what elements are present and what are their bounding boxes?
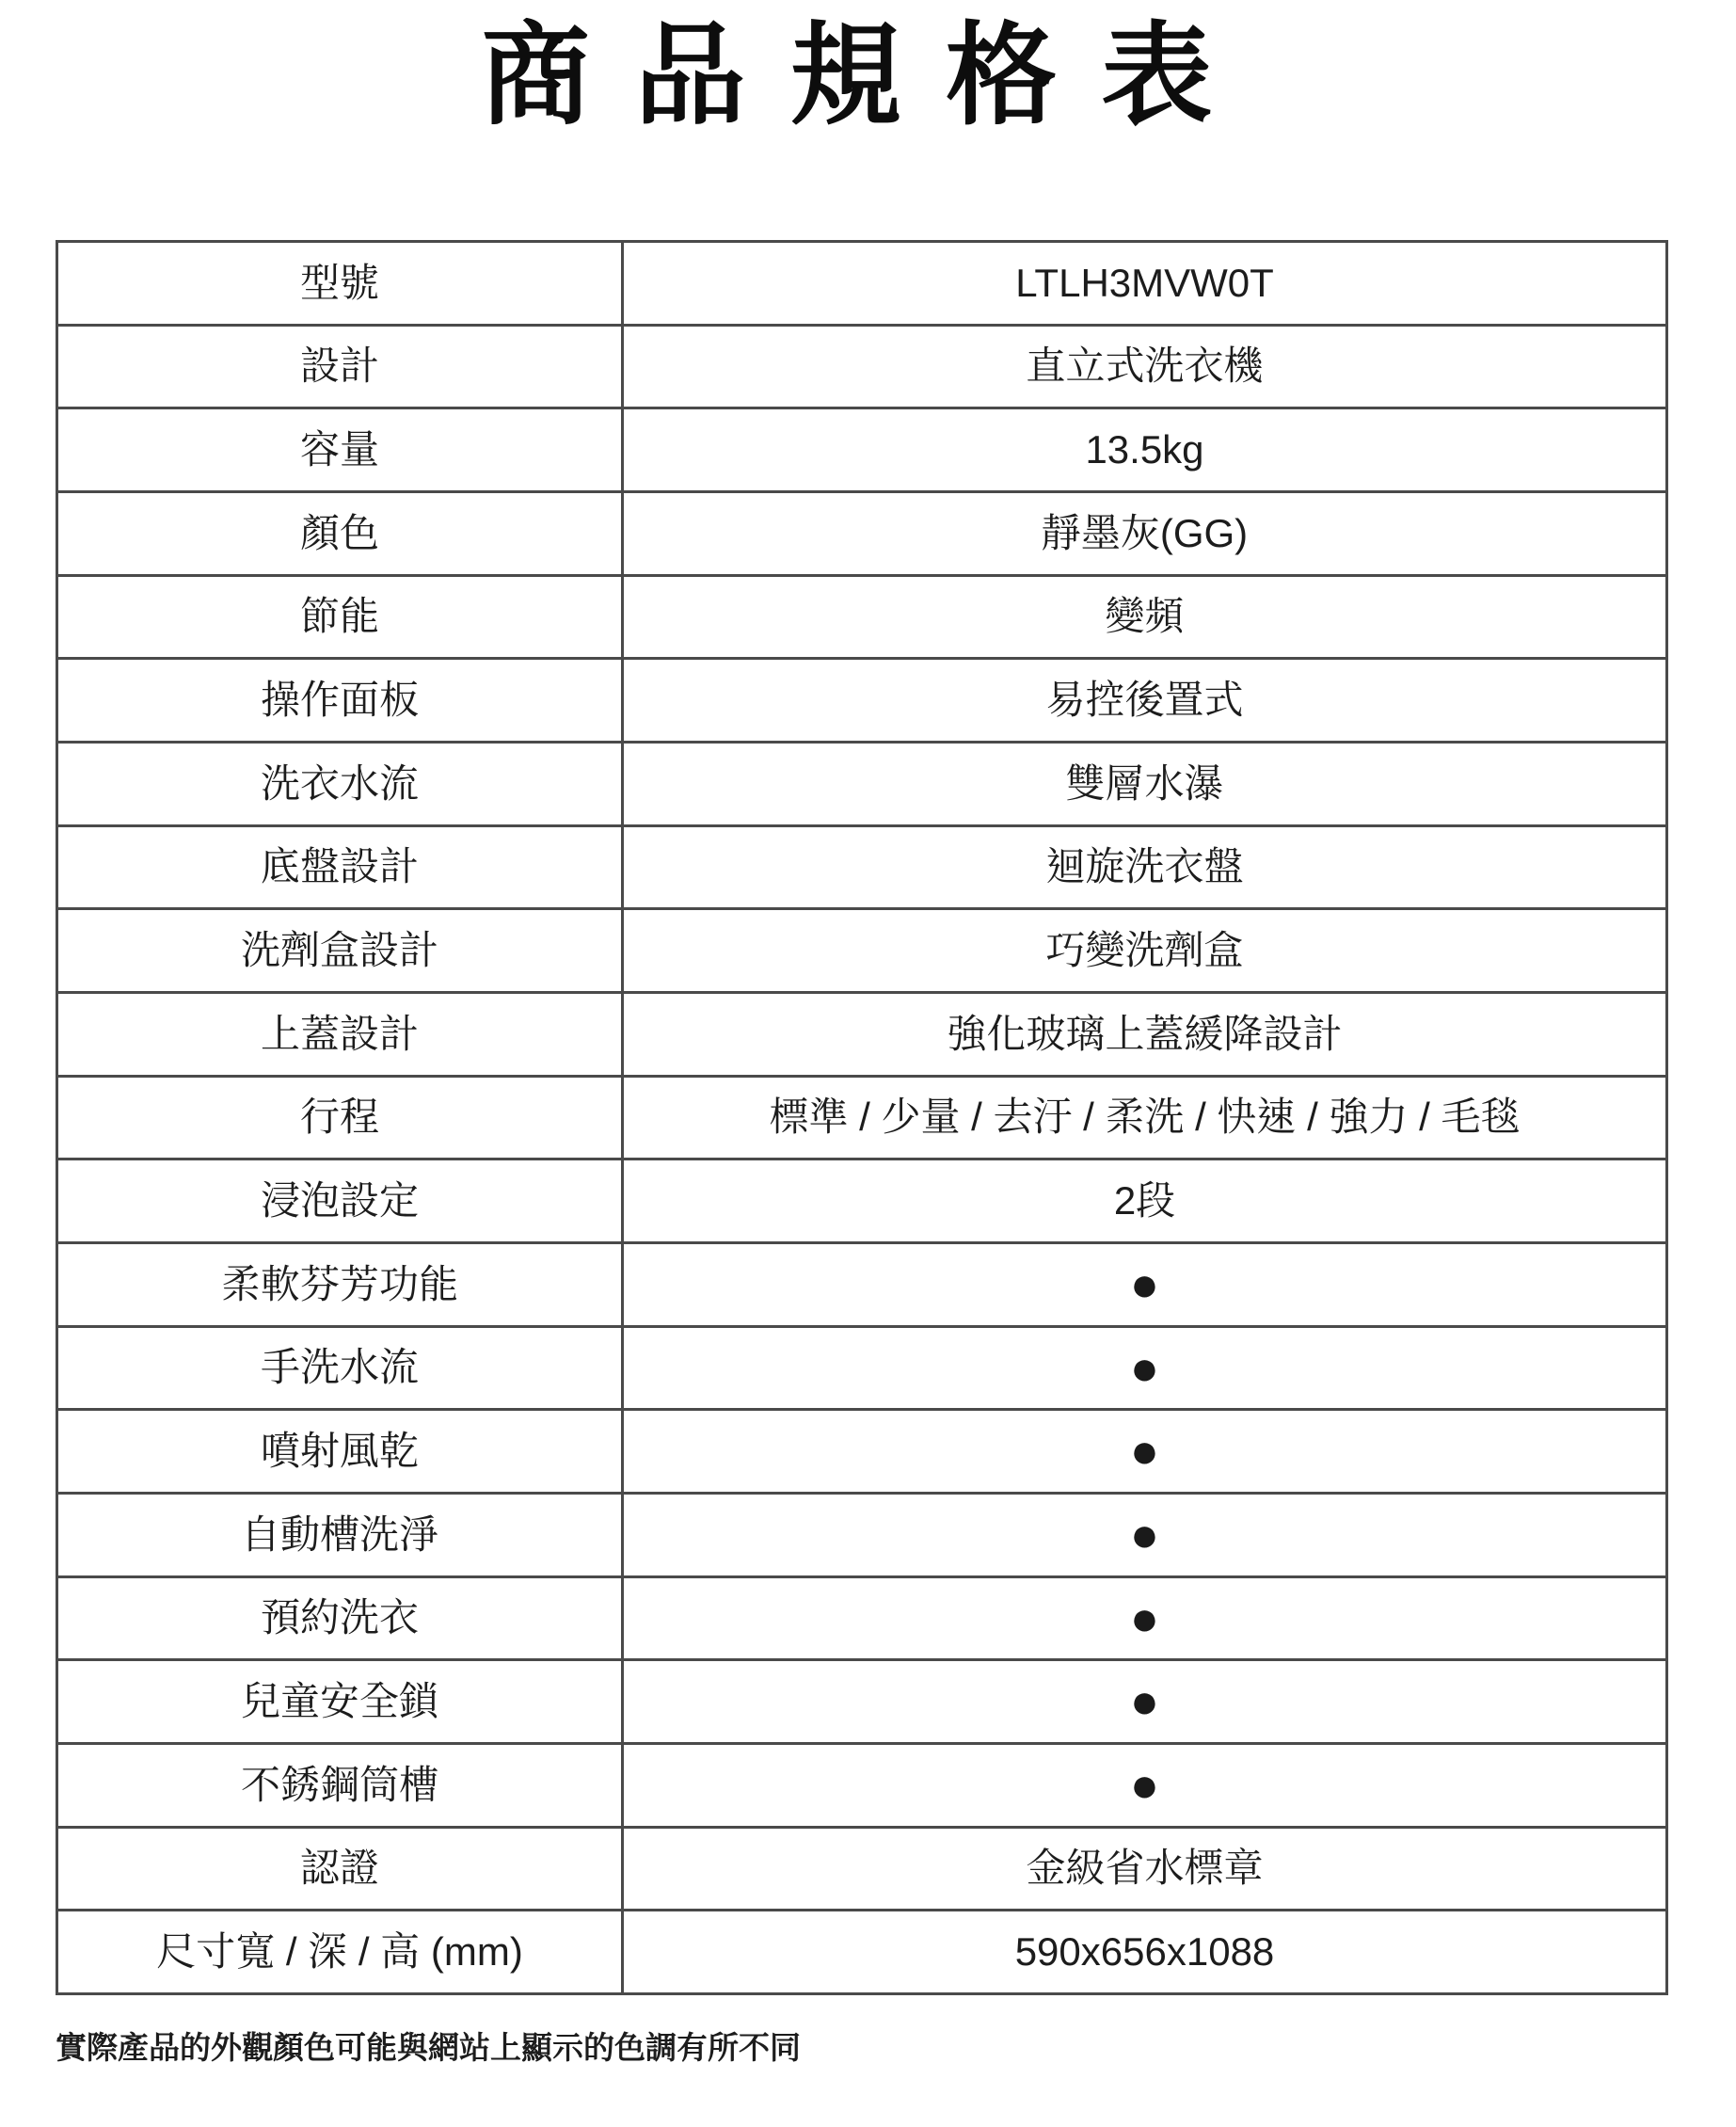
spec-value-cell: 變頻 — [624, 577, 1665, 658]
spec-value-cell: ● — [624, 1495, 1665, 1575]
feature-dot-icon: ● — [1130, 1761, 1159, 1810]
spec-value-cell: 2段 — [624, 1160, 1665, 1241]
spec-value-cell: LTLH3MVW0T — [624, 243, 1665, 324]
spec-label-cell: 洗衣水流 — [58, 744, 624, 824]
spec-value-cell: ● — [624, 1328, 1665, 1409]
spec-label-cell: 洗劑盒設計 — [58, 910, 624, 991]
table-row: 自動槽洗淨● — [58, 1492, 1665, 1575]
table-row: 上蓋設計強化玻璃上蓋緩降設計 — [58, 991, 1665, 1075]
spec-value-cell: 直立式洗衣機 — [624, 327, 1665, 408]
spec-label-cell: 上蓋設計 — [58, 994, 624, 1075]
spec-label-cell: 尺寸寬 / 深 / 高 (mm) — [58, 1911, 624, 1992]
spec-value-cell: ● — [624, 1411, 1665, 1492]
table-row: 認證金級省水標章 — [58, 1826, 1665, 1910]
table-row: 行程標準 / 少量 / 去汙 / 柔洗 / 快速 / 強力 / 毛毯 — [58, 1075, 1665, 1159]
spec-label-cell: 自動槽洗淨 — [58, 1495, 624, 1575]
spec-value-cell: 590x656x1088 — [624, 1911, 1665, 1992]
feature-dot-icon: ● — [1130, 1427, 1159, 1476]
spec-label-cell: 型號 — [58, 243, 624, 324]
feature-dot-icon: ● — [1130, 1344, 1159, 1393]
spec-label-cell: 行程 — [58, 1078, 624, 1159]
table-row: 洗劑盒設計巧變洗劑盒 — [58, 907, 1665, 991]
spec-value-cell: 金級省水標章 — [624, 1829, 1665, 1910]
spec-value-cell: 雙層水瀑 — [624, 744, 1665, 824]
spec-value-cell: 13.5kg — [624, 409, 1665, 490]
spec-value-cell: ● — [624, 1745, 1665, 1826]
spec-value-cell: 迴旋洗衣盤 — [624, 827, 1665, 908]
spec-label-cell: 顏色 — [58, 493, 624, 574]
spec-value-cell: 巧變洗劑盒 — [624, 910, 1665, 991]
table-row: 洗衣水流雙層水瀑 — [58, 741, 1665, 824]
spec-label-cell: 設計 — [58, 327, 624, 408]
spec-label-cell: 浸泡設定 — [58, 1160, 624, 1241]
spec-label-cell: 節能 — [58, 577, 624, 658]
table-row: 設計直立式洗衣機 — [58, 324, 1665, 408]
table-row: 手洗水流● — [58, 1325, 1665, 1409]
table-row: 顏色靜墨灰(GG) — [58, 490, 1665, 574]
spec-value-cell: 強化玻璃上蓋緩降設計 — [624, 994, 1665, 1075]
feature-dot-icon: ● — [1130, 1260, 1159, 1309]
spec-value-cell: ● — [624, 1661, 1665, 1742]
footer-disclaimer: 實際產品的外觀顏色可能與網站上顯示的色調有所不同 — [56, 2023, 801, 2068]
spec-value-cell: ● — [624, 1578, 1665, 1659]
table-row: 節能變頻 — [58, 574, 1665, 658]
table-row: 柔軟芬芳功能● — [58, 1241, 1665, 1325]
page-title: 商品規格表 — [0, 13, 1736, 141]
spec-label-cell: 預約洗衣 — [58, 1578, 624, 1659]
spec-table: 型號LTLH3MVW0T設計直立式洗衣機容量13.5kg顏色靜墨灰(GG)節能變… — [56, 240, 1668, 1995]
table-row: 容量13.5kg — [58, 407, 1665, 490]
spec-label-cell: 容量 — [58, 409, 624, 490]
spec-label-cell: 不銹鋼筒槽 — [58, 1745, 624, 1826]
spec-sheet-page: 商品規格表 型號LTLH3MVW0T設計直立式洗衣機容量13.5kg顏色靜墨灰(… — [0, 0, 1736, 2127]
spec-label-cell: 認證 — [58, 1829, 624, 1910]
table-row: 尺寸寬 / 深 / 高 (mm)590x656x1088 — [58, 1909, 1665, 1992]
table-row: 兒童安全鎖● — [58, 1658, 1665, 1742]
table-row: 噴射風乾● — [58, 1408, 1665, 1492]
spec-label-cell: 柔軟芬芳功能 — [58, 1244, 624, 1325]
spec-label-cell: 兒童安全鎖 — [58, 1661, 624, 1742]
spec-value-cell: 靜墨灰(GG) — [624, 493, 1665, 574]
table-row: 操作面板易控後置式 — [58, 657, 1665, 741]
feature-dot-icon: ● — [1130, 1511, 1159, 1559]
spec-value-cell: 易控後置式 — [624, 660, 1665, 741]
table-row: 不銹鋼筒槽● — [58, 1742, 1665, 1826]
table-row: 預約洗衣● — [58, 1575, 1665, 1659]
spec-value-cell: 標準 / 少量 / 去汙 / 柔洗 / 快速 / 強力 / 毛毯 — [624, 1078, 1665, 1159]
feature-dot-icon: ● — [1130, 1677, 1159, 1726]
spec-value-cell: ● — [624, 1244, 1665, 1325]
table-row: 型號LTLH3MVW0T — [58, 243, 1665, 324]
table-row: 浸泡設定2段 — [58, 1158, 1665, 1241]
spec-label-cell: 操作面板 — [58, 660, 624, 741]
spec-label-cell: 底盤設計 — [58, 827, 624, 908]
spec-label-cell: 手洗水流 — [58, 1328, 624, 1409]
spec-label-cell: 噴射風乾 — [58, 1411, 624, 1492]
feature-dot-icon: ● — [1130, 1594, 1159, 1643]
table-row: 底盤設計迴旋洗衣盤 — [58, 824, 1665, 908]
